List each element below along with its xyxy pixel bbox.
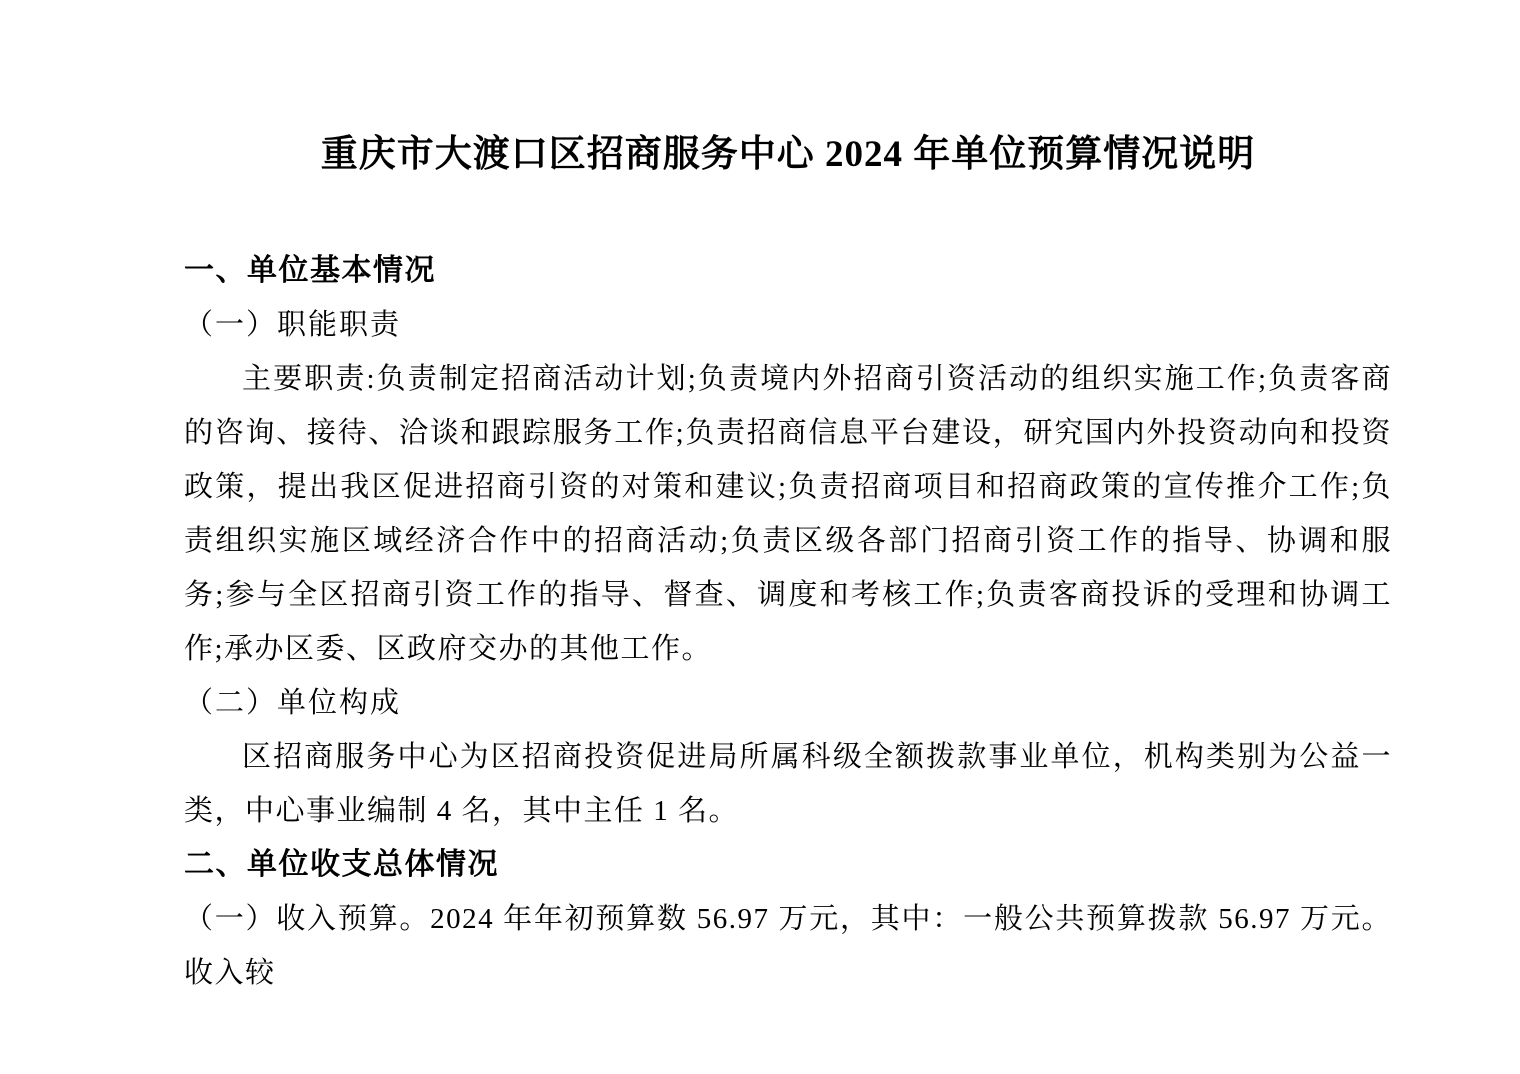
section-2-heading: 二、单位收支总体情况: [184, 838, 1392, 892]
subsection-1-1-heading: （一）职能职责: [184, 298, 1392, 352]
document-page: 重庆市大渡口区招商服务中心 2024 年单位预算情况说明 一、单位基本情况 （一…: [0, 0, 1520, 1074]
section-1-heading: 一、单位基本情况: [184, 244, 1392, 298]
subsection-1-2-heading: （二）单位构成: [184, 676, 1392, 730]
document-title: 重庆市大渡口区招商服务中心 2024 年单位预算情况说明: [184, 130, 1392, 180]
paragraph-unit-composition: 区招商服务中心为区招商投资促进局所属科级全额拨款事业单位，机构类别为公益一类，中…: [184, 730, 1392, 838]
document-body: 一、单位基本情况 （一）职能职责 主要职责:负责制定招商活动计划;负责境内外招商…: [184, 244, 1392, 1000]
paragraph-income-budget: （一）收入预算。2024 年年初预算数 56.97 万元，其中：一般公共预算拨款…: [184, 892, 1392, 1000]
paragraph-main-duties: 主要职责:负责制定招商活动计划;负责境内外招商引资活动的组织实施工作;负责客商的…: [184, 352, 1392, 676]
